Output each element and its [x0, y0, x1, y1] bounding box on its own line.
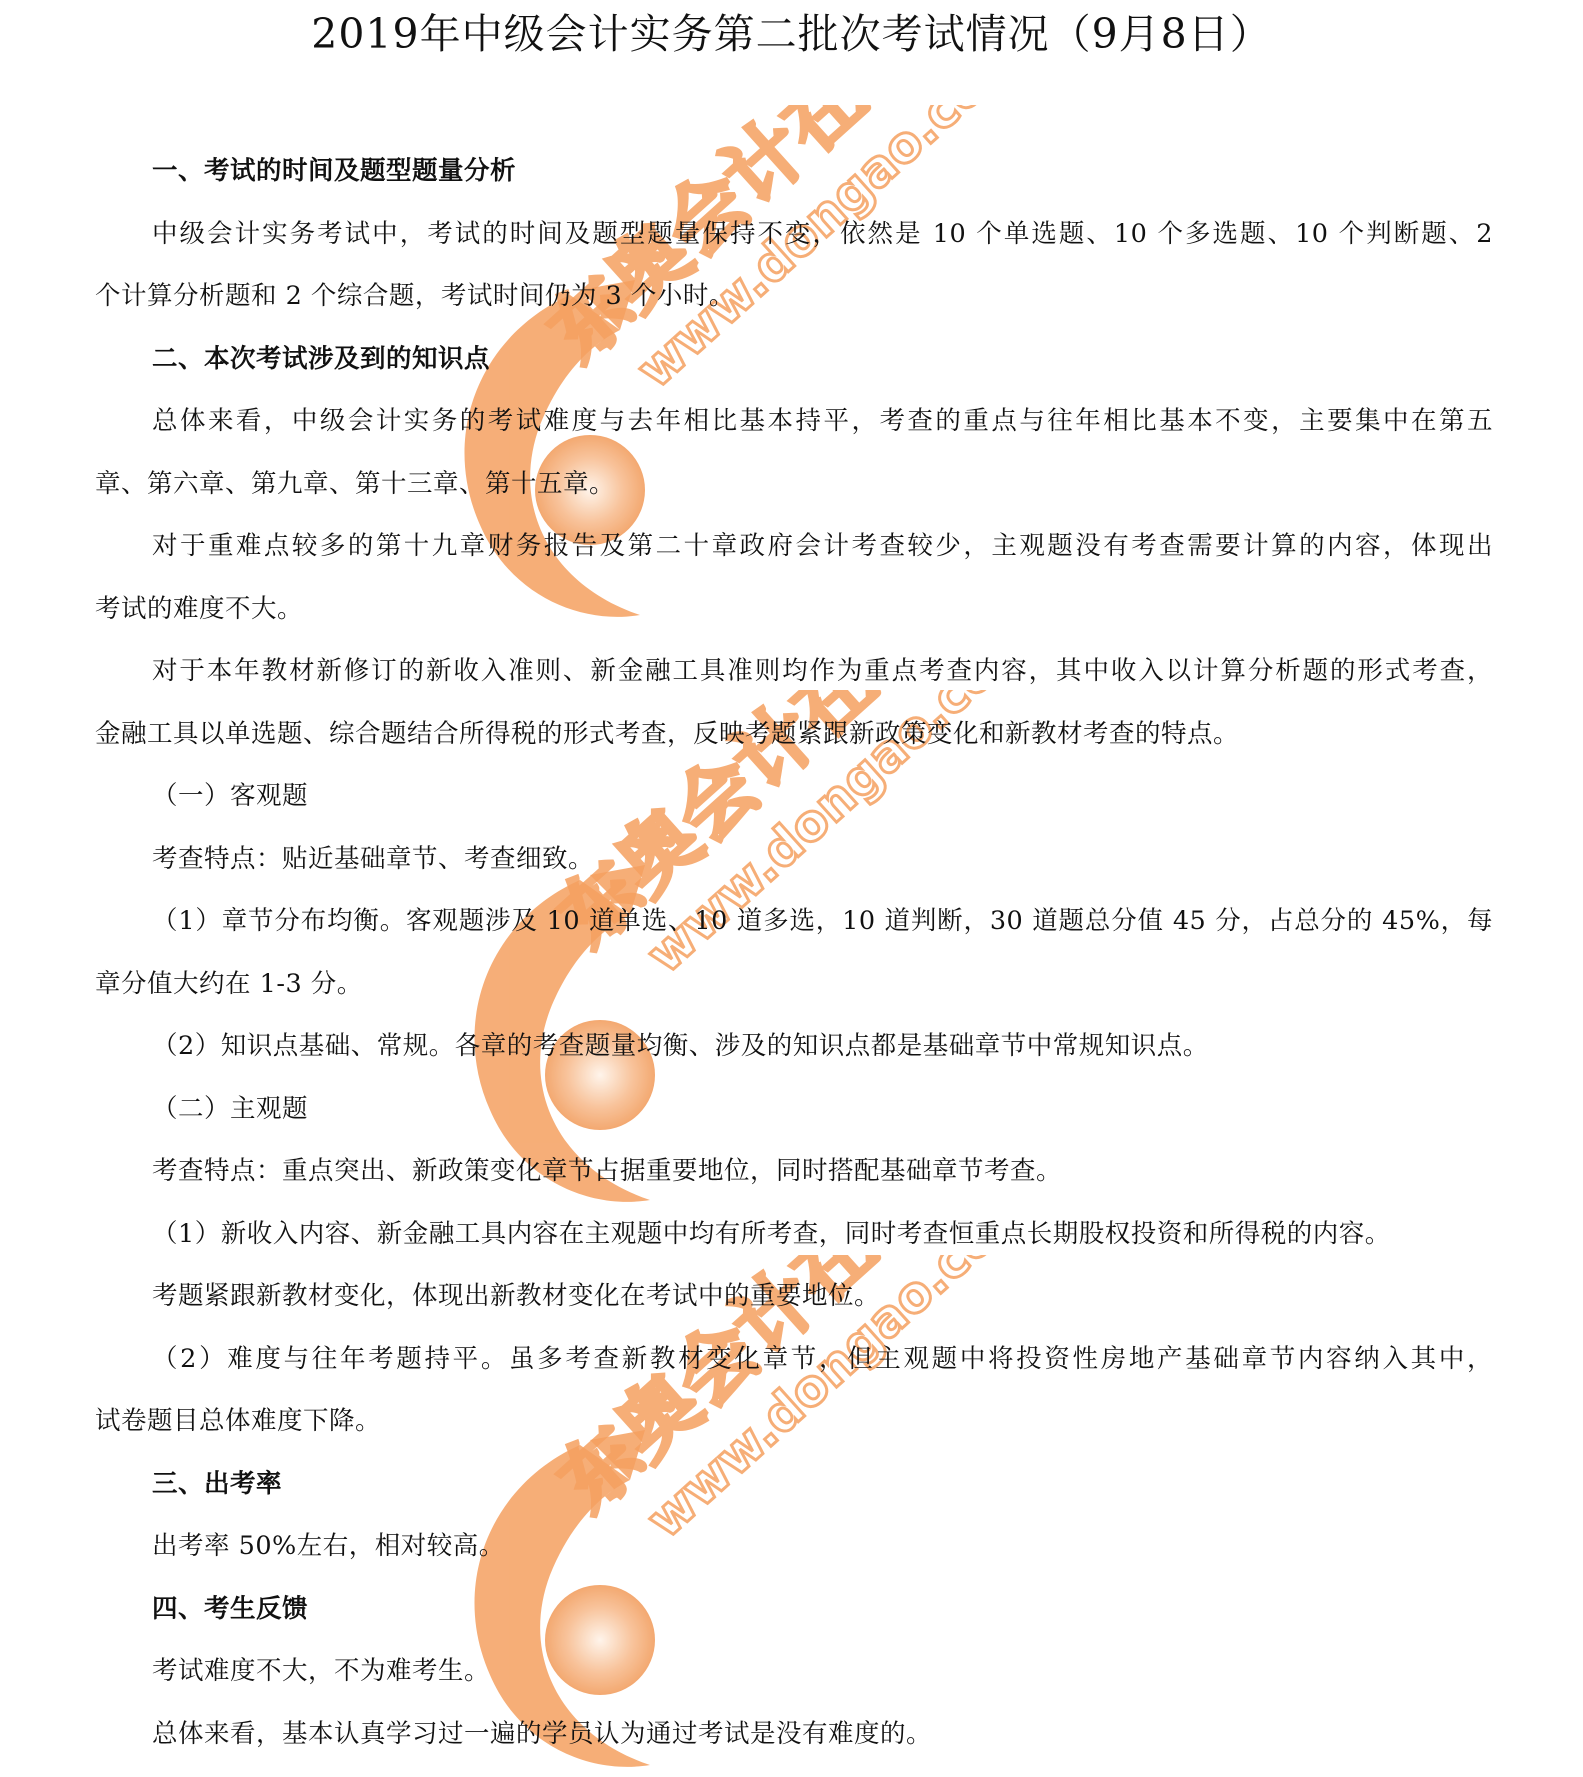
- paragraph-line: 考试的难度不大。: [95, 578, 1493, 641]
- section-heading-3: 三、出考率: [95, 1453, 1493, 1516]
- section-heading-1: 一、考试的时间及题型题量分析: [95, 140, 1493, 203]
- point-line: （2）知识点基础、常规。各章的考查题量均衡、涉及的知识点都是基础章节中常规知识点…: [95, 1015, 1493, 1078]
- document-body: 一、考试的时间及题型题量分析 中级会计实务考试中，考试的时间及题型题量保持不变，…: [95, 140, 1493, 1765]
- paragraph-line: 对于本年教材新修订的新收入准则、新金融工具准则均作为重点考查内容，其中收入以计算…: [95, 640, 1493, 703]
- subsection-feature: 考查特点：贴近基础章节、考查细致。: [95, 828, 1493, 891]
- paragraph-line: 个计算分析题和 2 个综合题，考试时间仍为 3 个小时。: [95, 265, 1493, 328]
- paragraph-line: 总体来看，基本认真学习过一遍的学员认为通过考试是没有难度的。: [95, 1703, 1493, 1766]
- point-line: （1）章节分布均衡。客观题涉及 10 道单选、10 道多选，10 道判断，30 …: [95, 890, 1493, 953]
- paragraph-line: 金融工具以单选题、综合题结合所得税的形式考查，反映考题紧跟新政策变化和新教材考查…: [95, 703, 1493, 766]
- subsection-feature: 考查特点：重点突出、新政策变化章节占据重要地位，同时搭配基础章节考查。: [95, 1140, 1493, 1203]
- point-line: （1）新收入内容、新金融工具内容在主观题中均有所考查，同时考查恒重点长期股权投资…: [95, 1203, 1493, 1266]
- paragraph-line: 章、第六章、第九章、第十三章、第十五章。: [95, 453, 1493, 516]
- subsection-heading-objective: （一）客观题: [95, 765, 1493, 828]
- subsection-heading-subjective: （二）主观题: [95, 1078, 1493, 1141]
- point-line: 章分值大约在 1-3 分。: [95, 953, 1493, 1016]
- point-line: 考题紧跟新教材变化，体现出新教材变化在考试中的重要地位。: [95, 1265, 1493, 1328]
- section-heading-4: 四、考生反馈: [95, 1578, 1493, 1641]
- paragraph-line: 考试难度不大，不为难考生。: [95, 1640, 1493, 1703]
- point-line: 试卷题目总体难度下降。: [95, 1390, 1493, 1453]
- paragraph-line: 出考率 50%左右，相对较高。: [95, 1515, 1493, 1578]
- paragraph-line: 中级会计实务考试中，考试的时间及题型题量保持不变，依然是 10 个单选题、10 …: [95, 203, 1493, 266]
- section-heading-2: 二、本次考试涉及到的知识点: [95, 328, 1493, 391]
- document-title: 2019年中级会计实务第二批次考试情况（9月8日）: [0, 8, 1583, 60]
- paragraph-line: 总体来看，中级会计实务的考试难度与去年相比基本持平，考查的重点与往年相比基本不变…: [95, 390, 1493, 453]
- point-line: （2）难度与往年考题持平。虽多考查新教材变化章节，但主观题中将投资性房地产基础章…: [95, 1328, 1493, 1391]
- paragraph-line: 对于重难点较多的第十九章财务报告及第二十章政府会计考查较少，主观题没有考查需要计…: [95, 515, 1493, 578]
